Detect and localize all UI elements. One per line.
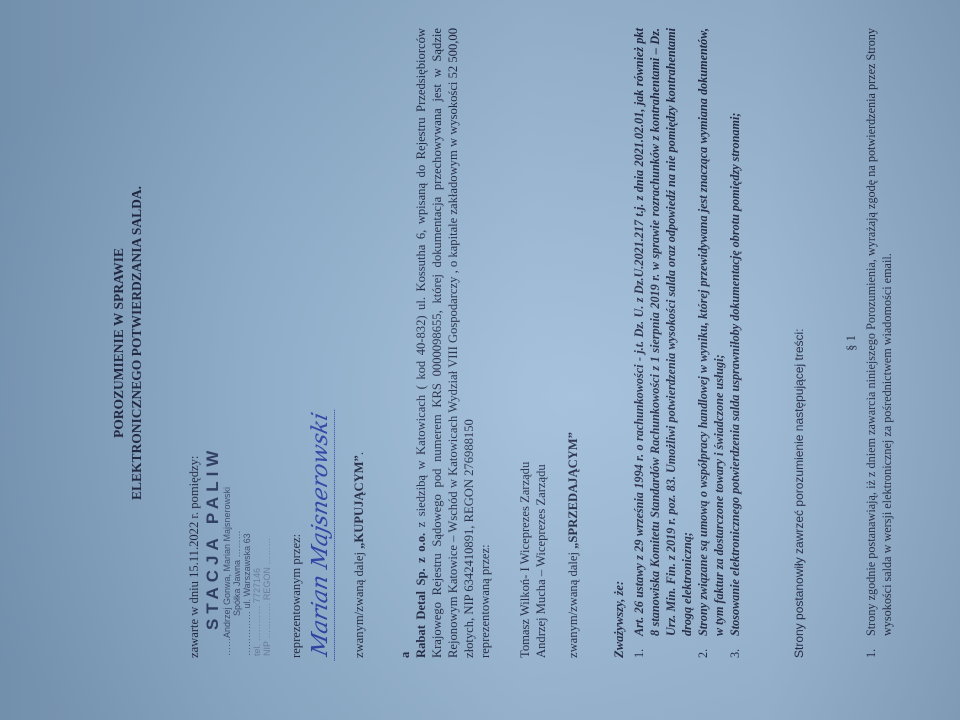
- item-text: Strony zgodnie postanawiają, iż z dniem …: [864, 28, 894, 636]
- buyer-represented-label: reprezentowanym przez:: [288, 28, 304, 658]
- document-page: POROZUMIENIE W SPRAWIE ELEKTRONICZNEGO P…: [0, 0, 960, 720]
- seller-role-line: zwanym/zwaną dalej „SPRZEDAJĄCYM”: [565, 28, 581, 658]
- stamp-company-name: STACJA PALIW: [204, 28, 222, 630]
- seller-name: Rabat Detal Sp. z o.o.: [414, 533, 428, 658]
- seller-description: Rabat Detal Sp. z o.o. z siedzibą w Kato…: [413, 28, 477, 658]
- stamp-line-1: ……Andrzej Gonwa, Marian Majsnerowski: [222, 28, 232, 656]
- buyer-role-line: zwanym/zwaną dalej „KUPUJĄCYM”.: [351, 28, 367, 658]
- title-line-2: ELEKTRONICZNEGO POTWIERDZANIA SALDA.: [128, 28, 146, 658]
- seller-called: zwanym/zwaną dalej: [566, 549, 580, 658]
- parties-decided: Strony postanowiły zawrzeć porozumienie …: [791, 28, 807, 658]
- whereas-item: 2.Strony związane są umową o współpracy …: [695, 28, 727, 658]
- conjunction-text: a: [398, 652, 412, 658]
- whereas-item: 1.Art. 26 ustawy z 29 września 1994 r. o…: [631, 28, 695, 658]
- clause-item: 1.Strony zgodnie postanawiają, iż z dnie…: [863, 28, 895, 658]
- item-text: Strony związane są umową o współpracy ha…: [696, 28, 726, 636]
- clauses-list: 1.Strony zgodnie postanawiają, iż z dnie…: [863, 28, 895, 658]
- buyer-role-end: .: [352, 452, 366, 455]
- whereas-list: 1.Art. 26 ustawy z 29 września 1994 r. o…: [631, 28, 743, 658]
- conjunction: a: [397, 28, 413, 658]
- seller-representatives: Tomasz Wilkoń- I Wiceprezes Zarządu Andr…: [517, 28, 549, 658]
- whereas-heading-text: Zważywszy, że:: [612, 581, 626, 658]
- seller-representative: Andrzej Mucha – Wiceprezes Zarządu: [533, 28, 549, 658]
- stamp-line-3: …………… ul. Warszawska 63: [242, 28, 252, 656]
- title-line-1: POROZUMIENIE W SPRAWIE: [110, 28, 128, 658]
- item-number: 1.: [631, 649, 647, 658]
- concluded-date: zawarte w dniu 15.11.2022 r. pomiędzy:: [186, 28, 202, 658]
- item-number: 3.: [727, 649, 743, 658]
- buyer-role: „KUPUJĄCYM”: [352, 455, 366, 549]
- item-text: Art. 26 ustawy z 29 września 1994 r. o r…: [632, 28, 694, 636]
- buyer-called: zwanym/zwaną dalej: [352, 549, 366, 658]
- item-number: 2.: [695, 649, 711, 658]
- document-body: POROZUMIENIE W SPRAWIE ELEKTRONICZNEGO P…: [110, 28, 895, 658]
- whereas-item: 3.Stosowanie elektronicznego potwierdzen…: [727, 28, 743, 658]
- item-number: 1.: [863, 649, 879, 658]
- buyer-company-stamp: STACJA PALIW ……Andrzej Gonwa, Marian Maj…: [204, 28, 272, 656]
- buyer-handwritten-signature: Marian Majsnerowski: [308, 404, 335, 660]
- stamp-line-5: NIP ………… REGON ………: [262, 28, 272, 656]
- section-marker: § 1: [843, 28, 859, 658]
- stamp-line-2: Spółka Jawna ………: [232, 28, 242, 616]
- seller-role: „SPRZEDAJĄCYM”: [566, 432, 580, 549]
- document-title: POROZUMIENIE W SPRAWIE ELEKTRONICZNEGO P…: [110, 28, 146, 658]
- seller-representative: Tomasz Wilkoń- I Wiceprezes Zarządu: [517, 28, 533, 658]
- item-text: Stosowanie elektronicznego potwierdzenia…: [728, 113, 742, 636]
- stamp-line-4: tel. ………… 7727146: [252, 28, 262, 656]
- whereas-heading: Zważywszy, że:: [611, 28, 627, 658]
- seller-represented-label: reprezentowaną przez:: [477, 28, 493, 658]
